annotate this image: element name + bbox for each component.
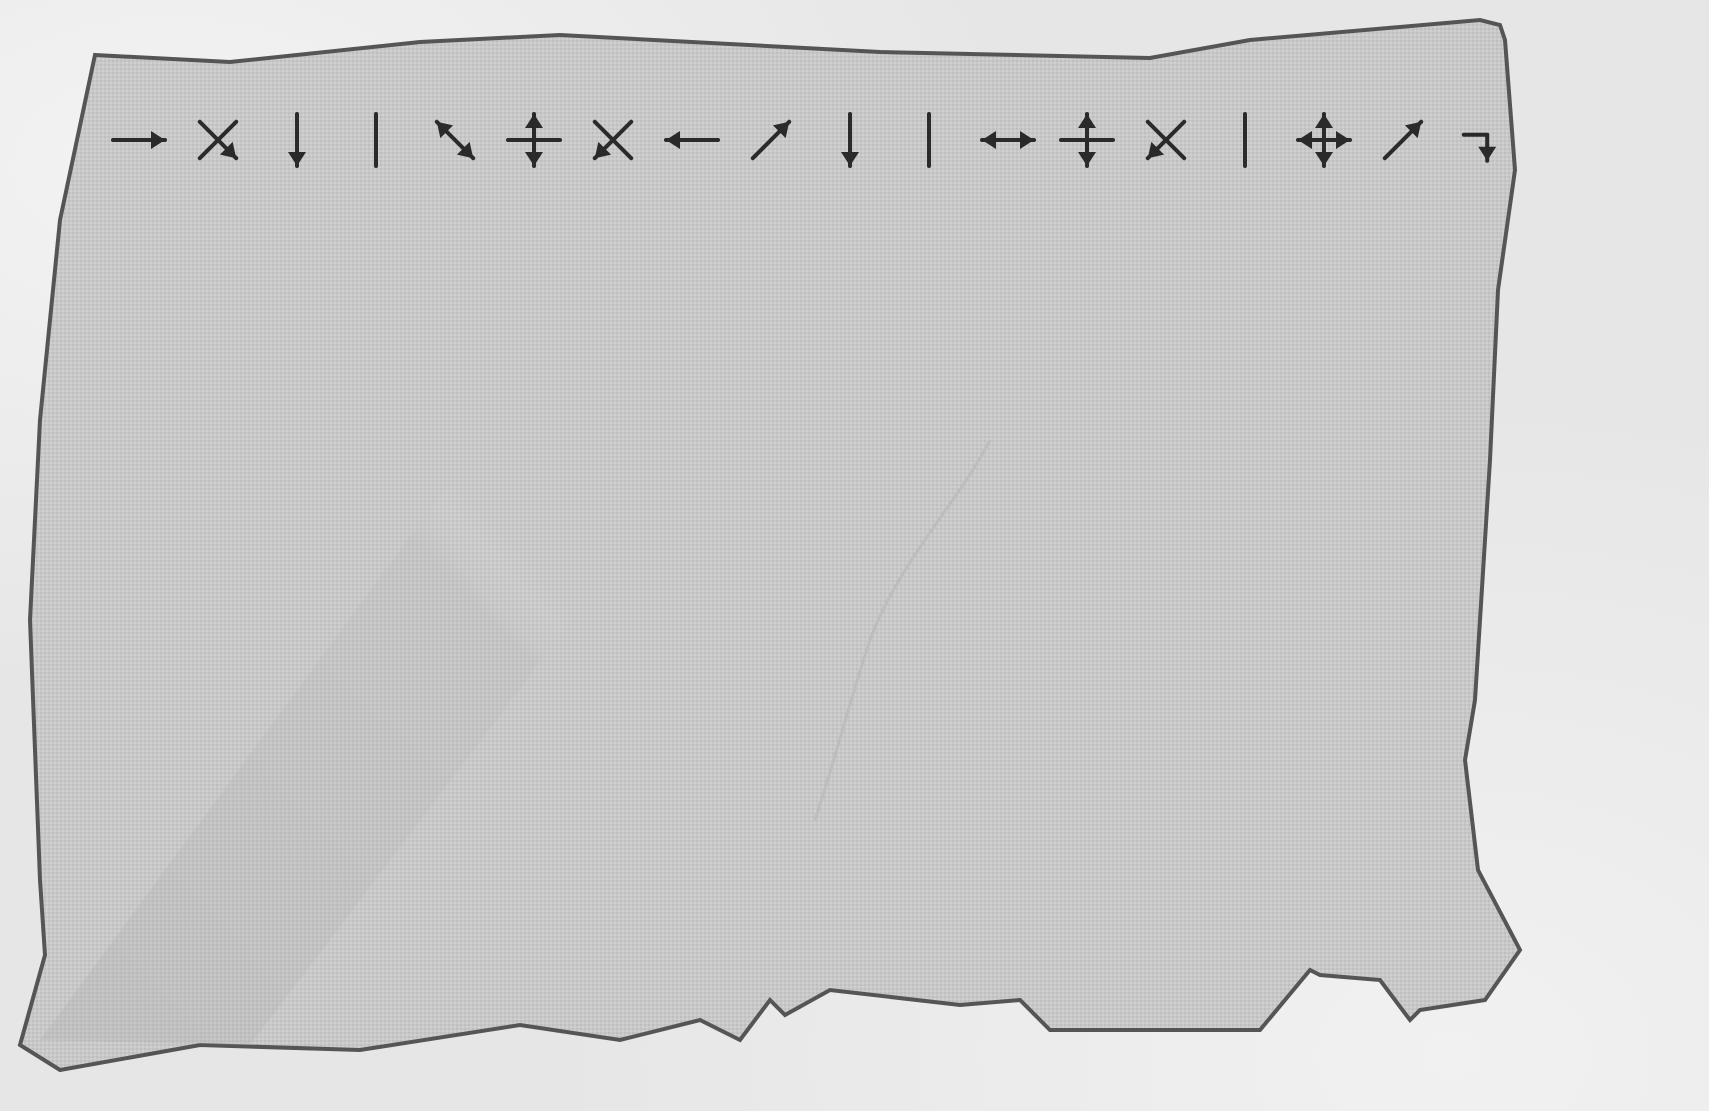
- photo-scene: Torn sheet of paper with hand-drawn grid…: [0, 0, 1709, 1111]
- torn-paper-sheet: [0, 0, 1709, 1111]
